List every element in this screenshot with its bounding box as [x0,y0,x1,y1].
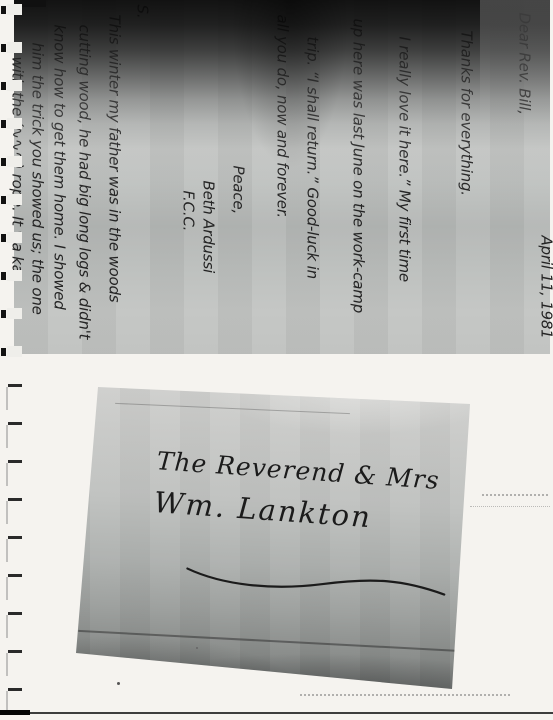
binding-hole [7,80,22,91]
flourish-underline [182,560,453,605]
letter-line: all you do, now and forever. [274,15,292,219]
binding-hole [7,346,22,357]
binding-hole [8,460,22,463]
binding-hole [8,498,22,501]
binding-hole [7,118,22,129]
letter-line: This winter my father was in the woods [106,15,124,303]
envelope-address-line2: Wm. Lankton [153,485,438,539]
letter-line: know how to get them home. I showed [51,25,69,310]
letter-line: Dear Rev. Bill, [516,13,534,115]
binding-hole [7,194,22,205]
binding-hole [8,536,22,539]
letter-lines: April 11, 1981Dear Rev. Bill,Thanks for … [19,1,553,351]
binding-hole [7,270,22,281]
envelope-photocopy: The Reverend & Mrs Wm. Lankton [60,378,490,708]
scan-noise-dot [196,647,198,649]
binding-hole [8,650,22,653]
letter-line: trip. “I shall return.” Good-luck in [304,37,322,279]
letter-line: him the trick you showed us; the one [29,43,47,315]
letter-line: I really love it here.” My first time [396,37,414,282]
binding-hole [7,156,22,167]
letter-line: Thanks for everything. [458,31,476,196]
letter-photocopy: April 11, 1981Dear Rev. Bill,Thanks for … [14,0,550,354]
letter-line: up here was last June on the work-camp [350,19,368,314]
binding-hole [7,4,22,15]
scan-noise-dot [117,682,120,685]
binding-hole [8,384,22,387]
letter-line: April 11, 1981 [538,236,553,339]
letter-line: Beth Ardussi [200,181,218,274]
binding-hole [8,688,22,691]
letter-line: Peace, [230,166,248,215]
binding-hole [7,308,22,319]
page-bottom-edge-mark [0,710,30,715]
envelope-address: The Reverend & Mrs Wm. Lankton [153,446,441,539]
letter-line: S. [134,5,152,19]
scan-noise [470,506,550,508]
binding-hole [8,574,22,577]
page-bottom-edge-line [0,712,553,714]
letter-line: F.C.C. [180,191,198,232]
scan-noise [300,694,510,697]
envelope-fold-line [78,630,463,652]
letter-line: cutting wood, he had big long logs & did… [76,25,94,340]
binding-hole [7,232,22,243]
envelope-crease-line [115,403,350,414]
binding-hole [8,612,22,615]
binding-hole [8,422,22,425]
binding-hole [7,42,22,53]
scan-noise [482,494,548,497]
